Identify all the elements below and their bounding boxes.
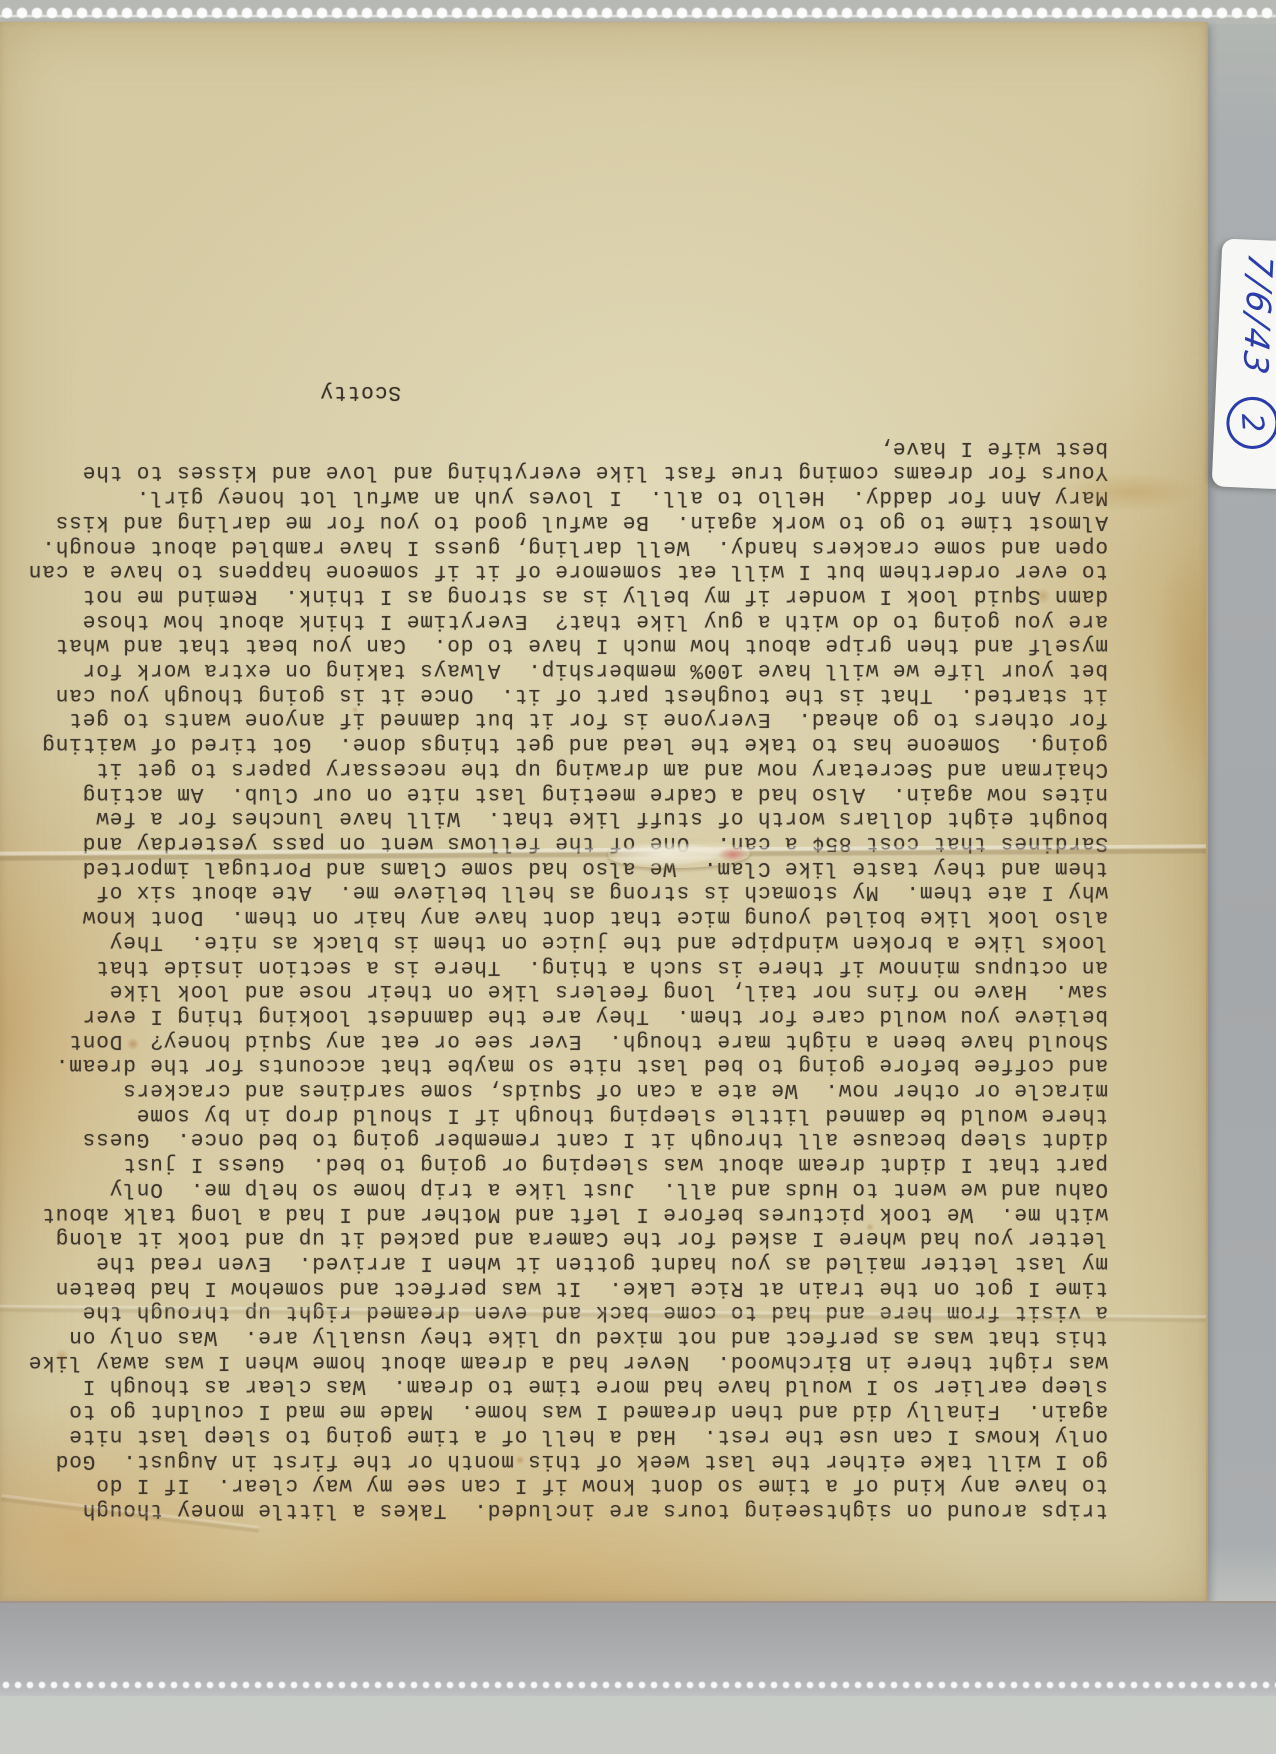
letter-paper: trips around on sightseeing tours are in…: [0, 22, 1208, 1603]
scan-photo: trips around on sightseeing tours are in…: [0, 0, 1276, 1754]
label-page-number-circle: 2: [1225, 396, 1276, 451]
sleeve-top-edge: [0, 0, 1276, 24]
label-date: 7/6/43: [1235, 250, 1276, 379]
upside-down-letter-content: trips around on sightseeing tours are in…: [0, 22, 1206, 1601]
label-page-number: 2: [1234, 413, 1270, 434]
archive-label: 7/6/43 2: [1212, 238, 1276, 489]
sleeve-bottom-edge: [0, 1601, 1276, 1696]
archive-label-writing: 7/6/43 2: [1218, 243, 1276, 486]
letter-body-text: trips around on sightseeing tours are in…: [16, 434, 1108, 1521]
signature: Scotty: [319, 380, 401, 403]
